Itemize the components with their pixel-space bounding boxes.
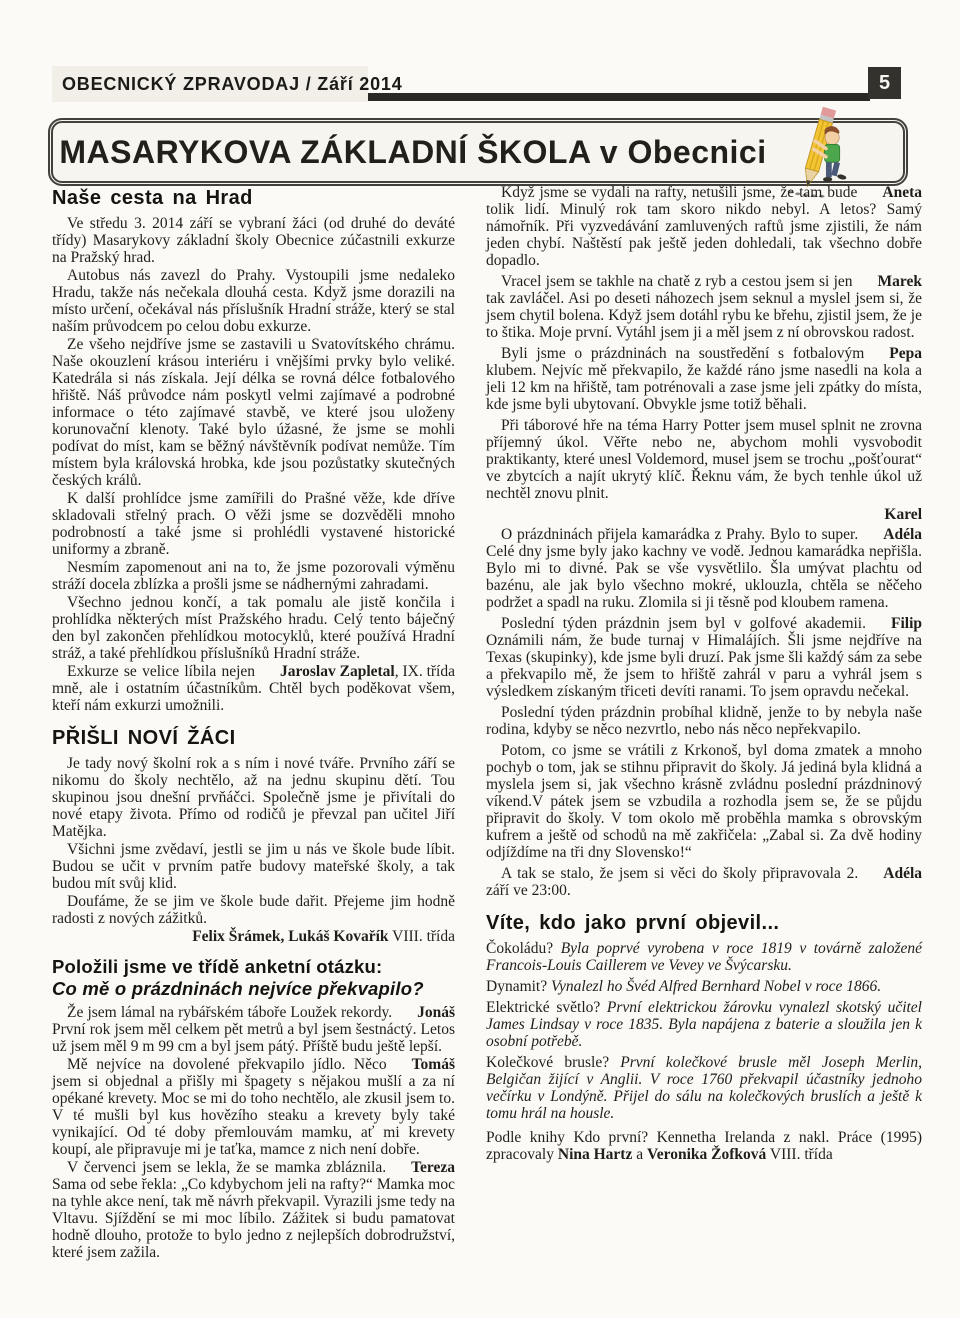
paragraph: Při táborové hře na téma Harry Potter js… [486,417,922,502]
credit-line: Podle knihy Kdo první? Kennetha Irelanda… [486,1129,922,1163]
paragraph: Jaroslav Zapletal, IX. třídaExkurze se v… [52,663,455,714]
trivia-item: Čokoládu? Byla poprvé vyrobena v roce 18… [486,940,922,974]
paragraph: AnetaKdyž jsme se vydali na rafty, netuš… [486,184,922,269]
masthead: OBECNICKÝ ZPRAVODAJ / Září 2014 [52,66,368,102]
paragraph: AdélaO prázdninách přijela kamarádka z P… [486,526,922,611]
paragraph: Poslední týden prázdnin probíhal klidně,… [486,704,922,738]
paragraph: Autobus nás zavezl do Prahy. Vystoupili … [52,267,455,335]
paragraph: PepaByli jsme o prázdninách na soustředě… [486,345,922,413]
signature-line: Karel [486,506,922,523]
signature-name: Pepa [889,345,922,362]
paragraph: Je tady nový školní rok a s ním i nové t… [52,755,455,840]
signature: Marek [853,273,922,290]
signature-name: Jaroslav Zapletal [280,663,395,680]
paragraph: TerezaV červenci jsem se lekla, že se ma… [52,1159,455,1261]
signature-name: Veronika Žofková [647,1146,766,1163]
signature-name: Filip [891,615,922,632]
paragraph: Všechno jednou končí, a tak pomalu ale j… [52,594,455,662]
paragraph: Všichni jsme zvědaví, jestli se jim u ná… [52,841,455,892]
trivia-question: Čokoládu? [486,940,561,957]
signature-name: Adéla [883,865,922,882]
signature: Pepa [864,345,922,362]
paragraph: Ve středu 3. 2014 září se vybraní žáci (… [52,215,455,266]
paragraph: TomášMě nejvíce na dovolené překvapilo j… [52,1056,455,1158]
signature-line: Felix Šrámek, Lukáš Kovařík VIII. třída [52,928,455,945]
paragraph-text: Všichni jsme zvědaví, jestli se jim u ná… [52,841,455,892]
paragraph-text: Ze všeho nejdříve jsme se zastavili u Sv… [52,336,455,489]
signature-name: Adéla [883,526,922,543]
signature: Jonáš [392,1004,455,1021]
signature-name: Karel [884,506,922,523]
trivia-item: Dynamit? Vynalezl ho Švéd Alfred Bernhar… [486,978,922,995]
signature-suffix: a [632,1146,647,1163]
paragraph-text: Poslední týden prázdnin jsem byl v golfo… [486,615,922,700]
signature-name: Tereza [411,1159,455,1176]
signature: Tomáš [387,1056,455,1073]
trivia-question: Kolečkové brusle? [486,1054,620,1071]
article-heading: Naše cesta na Hrad [52,187,455,209]
survey-question-heading: Co mě o prázdninách nejvíce překvapilo? [52,978,455,999]
paragraph-text: Autobus nás zavezl do Prahy. Vystoupili … [52,267,455,335]
trivia-answer: Vynalezl ho Švéd Alfred Bernhard Nobel v… [551,978,881,995]
paragraph-text: Potom, co jsme se vrátili z Krkonoš, byl… [486,742,922,861]
signature: Filip [866,615,922,632]
trivia-question: Elektrické světlo? [486,999,607,1016]
paragraph: Potom, co jsme se vrátili z Krkonoš, byl… [486,742,922,861]
paragraph: Ze všeho nejdříve jsme se zastavili u Sv… [52,336,455,489]
signature-name: Tomáš [412,1056,455,1073]
paragraph-text: Ve středu 3. 2014 září se vybraní žáci (… [52,215,455,266]
paragraph-text: Byli jsme o prázdninách na soustředění s… [486,345,922,413]
paragraph-text: Poslední týden prázdnin probíhal klidně,… [486,704,922,738]
paragraph-text: Doufáme, že se jim ve škole bude dařit. … [52,893,455,927]
trivia-item: Kolečkové brusle? První kolečkové brusle… [486,1054,922,1122]
article-heading: PŘIŠLI NOVÍ ŽÁCI [52,727,455,749]
signature-name: Jonáš [417,1004,455,1021]
signature: Adéla [858,865,922,882]
trivia-item: Elektrické světlo? První elektrickou žár… [486,999,922,1050]
paragraph-text: O prázdninách přijela kamarádka z Prahy.… [486,526,922,611]
page-number: 5 [868,67,901,99]
paragraph: FilipPoslední týden prázdnin jsem byl v … [486,615,922,700]
paragraph-text: Všechno jednou končí, a tak pomalu ale j… [52,594,455,662]
signature-suffix: , IX. třída [395,663,455,680]
signature: Jaroslav Zapletal, IX. třída [255,663,455,680]
left-column: Naše cesta na HradVe středu 3. 2014 září… [52,184,455,1262]
paragraph: MarekVracel jsem se takhle na chatě z ry… [486,273,922,341]
masthead-title: OBECNICKÝ ZPRAVODAJ / Září 2014 [52,74,403,95]
paragraph: K další prohlídce jsme zamířili do Prašn… [52,490,455,558]
signature-name: Marek [878,273,922,290]
paragraph-text: A tak se stalo, že jsem si věci do školy… [486,865,858,899]
signature: Tereza [386,1159,455,1176]
signature-name: Nina Hartz [558,1146,632,1163]
paragraph: Doufáme, že se jim ve škole bude dařit. … [52,893,455,927]
article-heading: Víte, kdo jako první objevil... [486,912,922,934]
newsletter-page: OBECNICKÝ ZPRAVODAJ / Září 2014 5 MASARY… [0,0,960,1318]
survey-question-heading: Položili jsme ve třídě anketní otázku: [52,956,455,977]
paragraph-text: Je tady nový školní rok a s ním i nové t… [52,755,455,840]
signature: Adéla [858,526,922,543]
signature-suffix: VIII. třída [766,1146,832,1163]
signature: Aneta [857,184,922,201]
header-rule [368,93,870,101]
paragraph-text: K další prohlídce jsme zamířili do Prašn… [52,490,455,558]
trivia-question: Dynamit? [486,978,551,995]
paragraph-text: Když jsme se vydali na rafty, netušili j… [486,184,922,269]
signature-name: Felix Šrámek, Lukáš Kovařík [192,928,388,945]
paragraph: Nesmím zapomenout ani na to, že jsme poz… [52,559,455,593]
signature-name: Aneta [882,184,922,201]
paragraph: JonášŽe jsem lámal na rybářském táboře L… [52,1004,455,1055]
paragraph-text: Při táborové hře na téma Harry Potter js… [486,417,922,502]
signature-suffix: VIII. třída [389,928,455,945]
right-column: AnetaKdyž jsme se vydali na rafty, netuš… [486,184,922,1167]
paragraph: AdélaA tak se stalo, že jsem si věci do … [486,865,922,899]
paragraph-text: Nesmím zapomenout ani na to, že jsme poz… [52,559,455,593]
